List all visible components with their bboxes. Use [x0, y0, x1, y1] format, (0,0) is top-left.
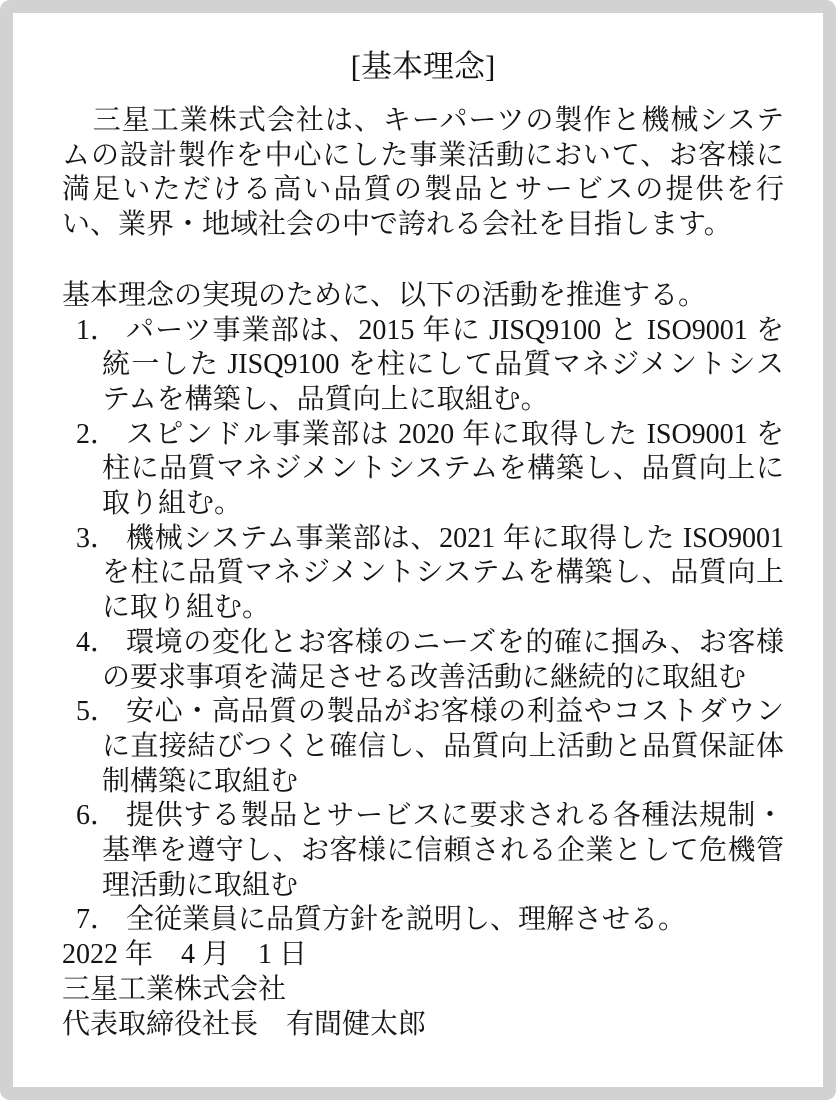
list-item-text: 機械システム事業部は、2021 年に取得した ISO9001 を柱に品質マネジメ… — [102, 523, 784, 623]
list-item-number: 4． — [76, 626, 118, 661]
list-item-number: 3． — [76, 522, 118, 557]
list-item-number: 5． — [76, 695, 118, 730]
list-item-text: 安心・高品質の製品がお客様の利益やコストダウンに直接結びつくと確信し、品質向上活… — [102, 696, 784, 796]
company-name: 三星工業株式会社 — [62, 973, 784, 1008]
signature-block: 2022 年 4 月 1 日 三星工業株式会社 代表取締役社長 有間健太郎 — [62, 938, 784, 1042]
signature-line: 代表取締役社長 有間健太郎 — [62, 1008, 784, 1043]
list-item-text: スピンドル事業部は 2020 年に取得した ISO9001 を柱に品質マネジメン… — [102, 419, 784, 519]
policy-list: 1．パーツ事業部は、2015 年に JISQ9100 と ISO9001 を統一… — [62, 314, 784, 939]
list-item: 3．機械システム事業部は、2021 年に取得した ISO9001 を柱に品質マネ… — [62, 522, 784, 626]
list-item: 2．スピンドル事業部は 2020 年に取得した ISO9001 を柱に品質マネジ… — [62, 418, 784, 522]
date-line: 2022 年 4 月 1 日 — [62, 938, 784, 973]
list-item-number: 6． — [76, 799, 118, 834]
list-item: 1．パーツ事業部は、2015 年に JISQ9100 と ISO9001 を統一… — [62, 314, 784, 418]
document-page: [基本理念] 三星工業株式会社は、キーパーツの製作と機械システムの設計製作を中心… — [0, 0, 836, 1100]
intro-paragraph: 三星工業株式会社は、キーパーツの製作と機械システムの設計製作を中心にした事業活動… — [62, 104, 784, 243]
list-item: 7．全従業員に品質方針を説明し、理解させる。 — [62, 903, 784, 938]
document-title: [基本理念] — [62, 47, 784, 87]
list-item-number: 1． — [76, 314, 118, 349]
list-item: 5．安心・高品質の製品がお客様の利益やコストダウンに直接結びつくと確信し、品質向… — [62, 695, 784, 799]
list-item-text: パーツ事業部は、2015 年に JISQ9100 と ISO9001 を統一した… — [102, 315, 784, 415]
list-item-number: 7． — [76, 903, 118, 938]
list-item-text: 提供する製品とサービスに要求される各種法規制・基準を遵守し、お客様に信頼される企… — [102, 800, 784, 900]
list-item-text: 全従業員に品質方針を説明し、理解させる。 — [126, 904, 686, 935]
list-item-number: 2． — [76, 418, 118, 453]
lead-sentence: 基本理念の実現のために、以下の活動を推進する。 — [62, 279, 784, 314]
list-item: 6．提供する製品とサービスに要求される各種法規制・基準を遵守し、お客様に信頼され… — [62, 799, 784, 903]
list-item-text: 環境の変化とお客様のニーズを的確に掴み、お客様の要求事項を満足させる改善活動に継… — [102, 627, 784, 693]
list-item: 4．環境の変化とお客様のニーズを的確に掴み、お客様の要求事項を満足させる改善活動… — [62, 626, 784, 695]
